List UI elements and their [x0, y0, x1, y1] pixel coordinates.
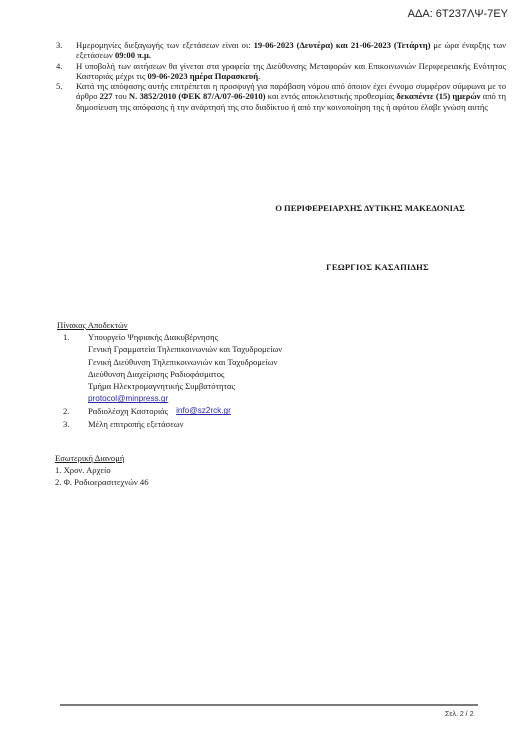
recipient-item: 2. Ραδιολέσχη Καστοριάς info@sz2rck.gr	[57, 405, 282, 417]
recipient-label: Υπουργείο Ψηφιακής Διακυβέρνησης	[88, 331, 218, 343]
recipient-item: 1. Υπουργείο Ψηφιακής Διακυβέρνησης	[57, 331, 282, 343]
internal-heading: Εσωτερική Διανομή	[55, 452, 149, 464]
email-link-protocol[interactable]: protocol@minpress.gr	[88, 394, 168, 403]
recipient-number: 1.	[57, 331, 88, 343]
recipient-sub: Διεύθυνση Διαχείρισης Ραδιοφάσματος	[57, 368, 282, 380]
recipient-number: 3.	[57, 418, 88, 430]
item-text: Η υποβολή των αιτήσεων θα γίνεται στα γρ…	[76, 61, 506, 82]
item-number: 4.	[56, 61, 76, 82]
recipients-list: Πίνακας Αποδεκτών 1. Υπουργείο Ψηφιακής …	[57, 319, 282, 430]
internal-item: 1. Χρον. Αρχείο	[55, 464, 149, 476]
ada-code: ΑΔΑ: 6Τ237ΛΨ-7ΕΥ	[408, 8, 508, 20]
item-number: 3.	[56, 40, 76, 61]
footer-divider	[60, 704, 478, 706]
email-link-radioclub[interactable]: info@sz2rck.gr	[176, 405, 231, 417]
item-text: Κατά της απόφασης αυτής επιτρέπεται η πρ…	[76, 81, 506, 112]
recipient-label: Μέλη επιτροπής εξετάσεων	[88, 418, 183, 430]
recipient-label: Ραδιολέσχη Καστοριάς	[88, 405, 168, 417]
recipient-sub: Γενική Διεύθυνση Τηλεπικοινωνιών και Ταχ…	[57, 356, 282, 368]
signatory-title: Ο ΠΕΡΙΦΕΡΕΙΑΡΧΗΣ ΔΥΤΙΚΗΣ ΜΑΚΕΔΟΝΙΑΣ	[0, 203, 530, 213]
page-number: Σελ. 2 / 2	[445, 711, 473, 718]
recipients-heading: Πίνακας Αποδεκτών	[57, 319, 282, 331]
recipient-number: 2.	[57, 405, 88, 417]
list-item: 5. Κατά της απόφασης αυτής επιτρέπεται η…	[56, 81, 506, 112]
decision-items: 3. Ημερομηνίες διεξαγωγής των εξετάσεων …	[56, 40, 506, 112]
internal-item: 2. Φ. Ραδιοερασιτεχνών 46	[55, 476, 149, 488]
signatory-name: ΓΕΩΡΓΙΟΣ ΚΑΣΑΠΙΔΗΣ	[0, 262, 530, 272]
item-number: 5.	[56, 81, 76, 112]
internal-distribution: Εσωτερική Διανομή 1. Χρον. Αρχείο 2. Φ. …	[55, 452, 149, 489]
recipient-item: 3. Μέλη επιτροπής εξετάσεων	[57, 418, 282, 430]
recipient-sub: Γενική Γραμματεία Τηλεπικοινωνιών και Τα…	[57, 343, 282, 355]
recipient-sub: Τμήμα Ηλεκτρομαγνητικής Συμβατότητας	[57, 380, 282, 392]
list-item: 4. Η υποβολή των αιτήσεων θα γίνεται στα…	[56, 61, 506, 82]
list-item: 3. Ημερομηνίες διεξαγωγής των εξετάσεων …	[56, 40, 506, 61]
item-text: Ημερομηνίες διεξαγωγής των εξετάσεων είν…	[76, 40, 506, 61]
